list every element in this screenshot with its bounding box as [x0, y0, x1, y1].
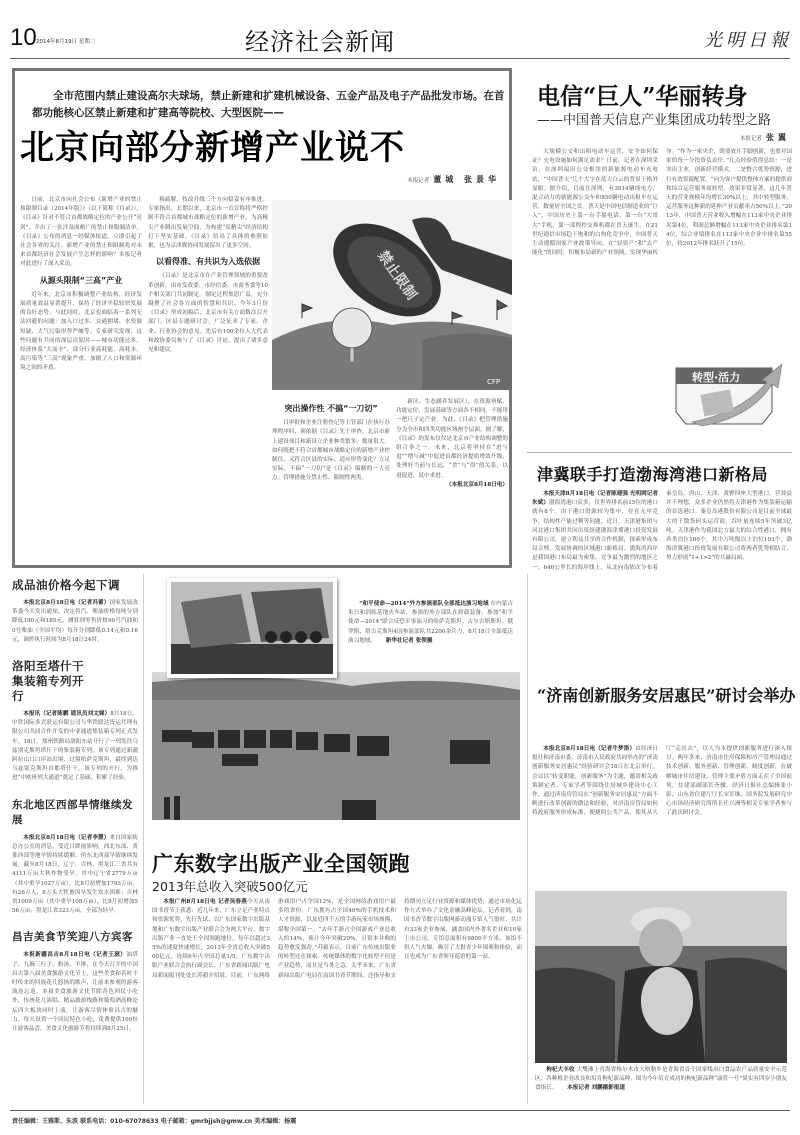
main-col2b-para: 《目录》是北京市在产业管理领域的重要改革创新，由市发改委、市经信委、市商务委等1… — [148, 272, 268, 355]
main-col-4: 新区、生态涵养发展区），在资源禀赋、功能定位、发展基础等方面各不相同，不能用一把… — [396, 398, 508, 490]
jinan-body: 本报北京8月18日电（记者牛梦笛）由经济日报社和济南市委、济南市人民政府共同举办… — [532, 745, 792, 877]
train-inset-photo — [167, 578, 337, 678]
brief-body-train: 本报讯（记者陈鹏 通讯员刘文娣）8月18日，中铁国际多式联运有限公司与华铁联达货… — [12, 710, 138, 784]
byline-label: 本报记者 — [407, 178, 429, 184]
caption-title: “和平使命—2014”外方参演部队全部抵达演习地域 — [359, 601, 488, 607]
brief-text: 国家发展改革委今天发出通知，决定将汽、柴油价格每吨分别降低190元和185元，测… — [12, 600, 138, 643]
brief-lead: 本报讯（记者陈鹏 通讯员刘文娣） — [23, 711, 110, 717]
main-kicker: 全市范围内禁止建设高尔夫球场，禁止新建和扩建机械设备、五金产品及电子产品批发市场… — [32, 88, 507, 122]
brief-text: 8月18日，中铁国际多式联运有限公司与华铁联达货运代理有限公司共同合作开发的中亚… — [12, 711, 138, 781]
transformation-badge: 转型·活力 — [672, 362, 792, 432]
brief-text: 来自国家防总办公室的消息，受近日降雨影响，西北东部、黄淮西部等地旱情持续缓解，但… — [12, 835, 138, 915]
masthead-logo: 光明日報 — [704, 26, 792, 52]
section-divider — [527, 452, 792, 453]
jinan-headline: “济南创新服务安居惠民”研讨会举办 — [537, 683, 795, 706]
main-col-3: 突出操作性 不搞“一刀切” 目审批和企业注册登记等主管部门在执行办理程序时，须依… — [272, 398, 390, 484]
brief-lead: 本报北京8月18日电（记者李慧） — [23, 835, 109, 841]
main-subhead-3: 突出操作性 不搞“一刀切” — [272, 404, 390, 413]
main-col3-para: 目审批和企业注册登记等主管部门在执行办理程序时，须依据《目录》先于审查。北京市新… — [272, 419, 390, 483]
photo-credit: 新华社记者 张领摄 — [386, 638, 433, 644]
cartoon-credit: CFP — [487, 378, 500, 386]
main-dateline: （本报北京8月18日电） — [396, 481, 508, 490]
main-subhead-1: 从源头限制“三高”产业 — [20, 276, 142, 285]
armored-vehicles-train-icon — [171, 582, 333, 674]
cartoon-image: 禁止限制 CFP — [272, 200, 512, 390]
brief-title-oil: 成品油价格今起下调 — [12, 578, 138, 593]
telecom-headline: 电信“巨人”华丽转身 — [537, 78, 747, 111]
main-col1b-para: 近年来，北京市积极调整产业结构，经济发展质量效益显著提升，保持了经济平稳较快发展… — [20, 291, 142, 374]
main-byline: 本报记者董城 张景华 — [330, 174, 500, 185]
main-col4-para: 新区、生态涵养发展区），在资源禀赋、功能定位、发展基础等方面各不相同，不能用一把… — [396, 398, 508, 481]
column-divider — [143, 574, 144, 1104]
port-body: 本报天津8月18日电（记者陈建强 光明网记者朱斌）渤海湾港口众多，仅世界排名前1… — [532, 490, 792, 668]
brief-body-drought: 本报北京8月18日电（记者李慧）来自国家防总办公室的消息，受近日降雨影响，西北东… — [12, 834, 138, 917]
column-divider — [527, 574, 528, 1104]
page-number: 10 — [10, 24, 37, 52]
briefs-column: 成品油价格今起下调 本报北京8月18日电（记者冯蕾）国家发展改革委今天发出通知，… — [12, 578, 138, 1034]
issue-date: 2014年8月19日 星期二 — [36, 37, 95, 45]
main-headline: 北京向部分新增产业说不 — [20, 120, 405, 169]
guangdong-body: 本报广州8月18日电 记者吴春燕今天从南国书香节上获悉：近几年来，广东立足产业特… — [152, 898, 522, 1098]
byline-names: 董城 张景华 — [433, 174, 500, 184]
caption-title: 枸杞大丰收 — [546, 1067, 574, 1073]
main-col-1: 日前，北京市向社会公布《新增产业的禁止和限制目录（2014年版）》（以下简称《目… — [20, 196, 142, 374]
child-holding-goji-icon — [535, 891, 787, 1063]
guangdong-text: 今天从南国书香节上获悉：近几年来，广东立足产业特点和资源优势，先行先试，以广东国… — [152, 899, 522, 979]
brief-title-drought: 东北地区西部旱情继续发展 — [12, 798, 138, 828]
photo-credit: 本报记者 刘鹏摄影报道 — [567, 1085, 625, 1091]
telecom-subheadline: ——中国普天信息产业集团成功转型之路 — [537, 109, 771, 128]
brief-title-food: 昌吉美食节笑迎八方宾客 — [12, 930, 138, 945]
telecom-para: 大规模公交和出租电动车运营，安全如何保证？充电设施如何满足需求？日前，记者在深圳… — [532, 148, 792, 258]
footer-divider — [10, 1110, 790, 1111]
goji-harvest-photo — [535, 891, 787, 1063]
stamp-golf-cartoon-icon: 禁止限制 CFP — [272, 200, 512, 390]
jinan-lead: 本报北京8月18日电（记者牛梦笛） — [543, 746, 635, 752]
military-photo-caption: “和平使命—2014”外方参演部队全部抵达演习地域 在内蒙古朱日和训练基地火车站… — [348, 600, 513, 646]
main-col2-para: 移疏解、技改升级三个方向稳妥有序推进。专家指出，长期以来，北京市一直宣称将严格控… — [148, 196, 268, 251]
port-headline: 津冀联手打造渤海湾港口新格局 — [537, 462, 768, 485]
editor-credits: 责任编辑：王雅斯、朱波 联系电话：010-67078633 电子邮箱：gmrbj… — [12, 1116, 296, 1125]
brief-text: 油塔子、九碗三行子、粉汤、羊排，在今天召开的中国昌吉第八届美食旅游文化节上，这些… — [12, 952, 138, 1032]
port-text: 渤海湾港口众多，仅世界排名前15位的港口就有8个。由于港口资源较为集中，存在无序… — [532, 491, 792, 571]
telecom-byline: 本报记者张翼 — [620, 132, 790, 143]
brief-body-oil: 本报北京8月18日电（记者冯蕾）国家发展改革委今天发出通知，决定将汽、柴油价格每… — [12, 599, 138, 645]
jinan-text: 由经济日报社和济南市委、济南市人民政府共同举办的“济南创新服务安居惠民”经验研讨… — [532, 746, 792, 816]
guangdong-headline: 广东数字出版产业全国领跑 — [152, 848, 410, 878]
convoy-photo-icon — [152, 672, 520, 820]
brief-lead: 本报北京8月18日电（记者冯蕾） — [23, 600, 109, 606]
guangdong-subheadline: 2013年总收入突破500亿元 — [152, 877, 308, 895]
main-col-2: 移疏解、技改升级三个方向稳妥有序推进。专家指出，长期以来，北京市一直宣称将严格控… — [148, 196, 268, 355]
byline-name: 张翼 — [766, 132, 790, 142]
main-subhead-2: 以看得准、有共识为入选依据 — [148, 257, 268, 266]
goji-photo-caption: 枸杞大丰收 大雙滩上青海省格尔木市大格勒乡是青海省首个国家级出口食品农产品质量安… — [535, 1066, 787, 1094]
header-divider — [10, 58, 790, 59]
byline-label: 本报记者 — [740, 136, 762, 142]
brief-lead: 本报新疆昌吉8月18日电（记者王瑟） — [23, 952, 126, 958]
brief-title-train: 洛阳至塔什干集装箱专列开行 — [12, 659, 92, 704]
section-title: 经济社会新闻 — [200, 22, 440, 57]
main-col1-para: 日前，北京市向社会公布《新增产业的禁止和限制目录（2014年版）》（以下简称《目… — [20, 196, 142, 270]
military-convoy-photo — [152, 672, 520, 820]
brief-body-food: 本报新疆昌吉8月18日电（记者王瑟）油塔子、九碗三行子、粉汤、羊排，在今天召开的… — [12, 951, 138, 1034]
badge-text: 转型·活力 — [692, 369, 740, 385]
guangdong-lead: 本报广州8月18日电 记者吴春燕 — [163, 899, 247, 905]
